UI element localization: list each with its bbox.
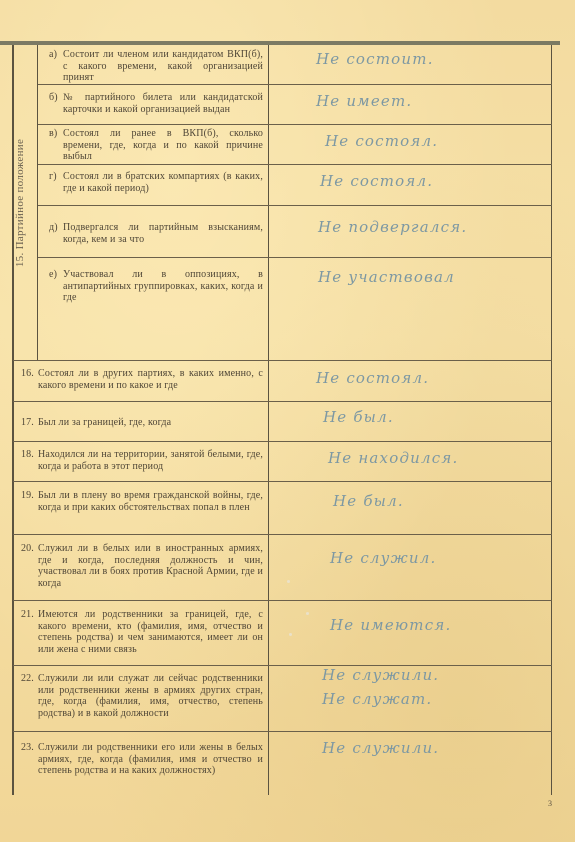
page-number: 3 [548,799,552,808]
answer-20: Не служил. [330,549,436,567]
question-19: 19. Был ли в плену во время гражданской … [21,490,263,513]
item-marker: г) [49,171,57,183]
question-20: 20. Служил ли в белых или в иностранных … [21,543,263,589]
question-text: Был ли за границей, где, когда [21,417,263,429]
row-divider [13,360,552,361]
answer-22b: Не служат. [322,690,432,708]
question-text: Был ли в плену во время гражданской войн… [21,490,263,513]
question-text: Служили ли или служат ли сейчас родствен… [21,673,263,719]
answer-22a: Не служили. [322,666,439,684]
question-text: Подвергался ли партийным взысканиям, ког… [49,222,263,245]
question-15g: г) Состоял ли в братских компартиях (в к… [49,171,263,194]
row-divider [38,164,552,165]
answer-18: Не находился. [328,449,458,467]
question-15a: а) Состоит ли членом или кандидатом ВКП(… [49,49,263,84]
row-divider [38,124,552,125]
answer-23: Не служили. [322,739,439,757]
item-marker: а) [49,49,57,61]
question-18: 18. Находился ли на территории, занятой … [21,449,263,472]
top-border-rule [0,41,560,45]
question-text: Участвовал ли в оппозициях, в антипартий… [49,269,263,304]
question-15v: в) Состоял ли ранее в ВКП(б), сколько вр… [49,128,263,163]
question-number: 20. [21,543,34,555]
answer-17: Не был. [323,408,394,426]
row-divider [13,401,552,402]
question-text: № партийного билета или кандидатской кар… [49,92,263,115]
answer-15a: Не состоит. [316,50,434,68]
answer-19: Не был. [333,492,404,510]
row-divider [38,205,552,206]
question-number: 22. [21,673,34,685]
question-text: Служили ли родственники его или жены в б… [21,742,263,777]
row-divider [13,441,552,442]
row-divider [38,84,552,85]
section-15-label-text: 15. Партийное положение [14,138,26,266]
row-divider [13,665,552,666]
paper-speck [289,633,292,636]
question-number: 17. [21,417,34,429]
question-text: Служил ли в белых или в иностранных арми… [21,543,263,589]
answer-15d: Не подвергался. [318,218,467,236]
question-text: Находился ли на территории, занятой белы… [21,449,263,472]
question-text: Состоял ли в других партиях, в каких име… [21,368,263,391]
question-17: 17. Был ли за границей, где, когда [21,417,263,429]
question-21: 21. Имеются ли родственники за границей,… [21,609,263,655]
question-text: Состоит ли членом или кандидатом ВКП(б),… [49,49,263,84]
row-divider [13,600,552,601]
item-marker: е) [49,269,57,281]
row-divider [13,731,552,732]
paper-speck [306,612,309,615]
answer-21: Не имеются. [330,616,451,634]
answer-15g: Не состоял. [320,172,433,190]
table-right-border [551,45,552,795]
row-divider [38,257,552,258]
question-text: Состоял ли ранее в ВКП(б), сколько време… [49,128,263,163]
answer-15e: Не участвовал [318,268,455,286]
section-label-divider [37,45,38,360]
answer-15v: Не состоял. [325,132,438,150]
questionnaire-page: 15. Партийное положение а) Состоит ли чл… [0,0,575,842]
paper-speck [287,580,290,583]
question-15e: е) Участвовал ли в оппозициях, в антипар… [49,269,263,304]
question-text: Состоял ли в братских компартиях (в каки… [49,171,263,194]
question-15d: д) Подвергался ли партийным взысканиям, … [49,222,263,245]
answer-16: Не состоял. [316,369,429,387]
question-number: 21. [21,609,34,621]
question-16: 16. Состоял ли в других партиях, в каких… [21,368,263,391]
row-divider [13,481,552,482]
section-15-label: 15. Партийное положение [6,45,34,360]
question-15b: б) № партийного билета или кандидатской … [49,92,263,115]
item-marker: д) [49,222,58,234]
question-answer-divider [268,45,269,795]
question-number: 19. [21,490,34,502]
question-23: 23. Служили ли родственники его или жены… [21,742,263,777]
question-number: 23. [21,742,34,754]
question-22: 22. Служили ли или служат ли сейчас родс… [21,673,263,719]
answer-15b: Не имеет. [316,92,412,110]
question-number: 18. [21,449,34,461]
item-marker: б) [49,92,58,104]
question-text: Имеются ли родственники за границей, где… [21,609,263,655]
question-number: 16. [21,368,34,380]
row-divider [13,534,552,535]
item-marker: в) [49,128,57,140]
